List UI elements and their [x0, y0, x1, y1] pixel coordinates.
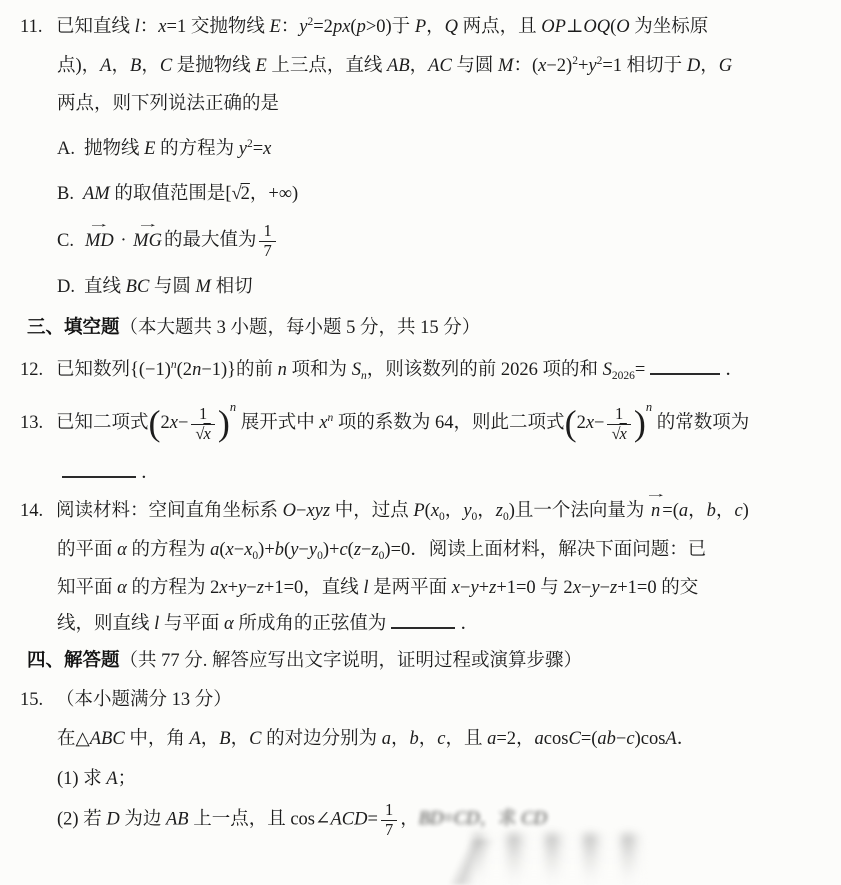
text-run: =: [443, 809, 453, 829]
text-run: 为边: [120, 809, 166, 829]
radicand: x: [203, 424, 210, 443]
text-run: x: [158, 17, 166, 37]
text-run: px: [333, 17, 350, 37]
text-run: ，: [688, 501, 707, 521]
text-run: −: [594, 413, 604, 433]
text-run: ，: [391, 729, 410, 749]
text-run: A: [100, 56, 111, 76]
text-run: 在△: [57, 729, 90, 749]
text-run: x: [319, 413, 327, 433]
fraction: 1√x: [191, 405, 214, 444]
text-run: ，: [231, 729, 250, 749]
text-run: −: [298, 540, 308, 560]
text-run: BD: [419, 809, 444, 829]
text-run: a: [679, 501, 688, 521]
text-run: −: [296, 501, 306, 521]
text-run: y: [588, 56, 596, 76]
text-run: x: [586, 413, 594, 433]
text-run: 的取值范围是[: [110, 184, 232, 204]
text-run: 所成角的正弦值为: [234, 614, 387, 634]
text-run: ：: [281, 17, 300, 37]
text-run: S: [352, 360, 361, 380]
text-run: +1=0，直线: [264, 578, 364, 598]
text-run: ): [743, 501, 749, 521]
text-run: 15.: [20, 687, 56, 714]
text-run: −: [616, 729, 626, 749]
text-run: B: [219, 729, 230, 749]
text-run: +1=0 的交: [617, 578, 698, 598]
text-run: 项的系数为 64，则此二项式: [333, 413, 564, 433]
text-run: ACD: [331, 809, 368, 829]
q11-option-c: C.MD · MG的最大值为17: [0, 222, 841, 261]
text-run: ab: [597, 729, 616, 749]
text-run: Q: [445, 17, 458, 37]
text-run: ，: [141, 56, 160, 76]
fraction-denominator: 7: [259, 241, 275, 261]
text-run: −: [246, 578, 256, 598]
text-run: ，: [700, 56, 719, 76]
text-run: =(: [581, 729, 598, 749]
text-run: 1: [615, 404, 623, 423]
text-run: y: [299, 17, 307, 37]
text-run: 上一点，且 cos∠: [189, 809, 331, 829]
text-run: −: [361, 540, 371, 560]
text-run: z: [496, 501, 503, 521]
text-run: OP: [541, 17, 566, 37]
text-run: ABC: [90, 729, 125, 749]
text-run: c: [626, 729, 634, 749]
text-run: 抛物线: [84, 139, 144, 159]
text-run: 三、填空题: [27, 318, 120, 338]
text-run: 阅读材料：空间直角坐标系: [56, 501, 283, 521]
vector-n: n: [649, 498, 662, 525]
text-run: =: [253, 139, 263, 159]
text-run: x: [219, 578, 227, 598]
text-run: (: [149, 403, 161, 443]
text-run: 知平面: [57, 578, 117, 598]
fraction-numerator: 1: [611, 405, 627, 424]
q15-item1: (1) 求 A；: [0, 766, 841, 793]
text-run: 的常数项为: [652, 413, 749, 433]
text-run: 两点，且: [458, 17, 541, 37]
text-run: A: [189, 729, 200, 749]
text-run: ，: [426, 17, 445, 37]
text-run: ；: [118, 769, 137, 789]
text-run: BC: [126, 277, 150, 297]
q11-line1: 11.已知直线 l：x=1 交抛物线 E：y2=2px(p>0)于 P，Q 两点…: [0, 14, 841, 41]
text-run: 2: [577, 413, 586, 433]
text-run: A.: [57, 136, 75, 163]
fraction: 1√x: [607, 405, 630, 444]
q11-option-b: B.AM 的取值范围是[√2，+∞): [0, 181, 841, 208]
text-run: G: [719, 56, 732, 76]
text-run: 已知数列{(−1): [56, 360, 171, 380]
fraction-numerator: 1: [195, 405, 211, 424]
text-run: ，: [410, 56, 429, 76]
text-run: 1: [385, 800, 393, 819]
text-run: 1: [199, 404, 207, 423]
text-run: a: [535, 729, 544, 749]
text-run: =1 相切于: [602, 56, 686, 76]
fraction-numerator: 1: [381, 801, 397, 820]
q13-line2: ．: [0, 460, 841, 487]
text-run: =(: [662, 501, 679, 521]
text-run: E: [269, 17, 280, 37]
text-run: y: [309, 540, 317, 560]
text-run: b: [275, 540, 284, 560]
text-run: α: [117, 578, 127, 598]
text-run: x: [431, 501, 439, 521]
text-run: （本大题共 3 小题，每小题 5 分，共 15 分）: [120, 318, 481, 338]
text-run: 相切: [211, 277, 253, 297]
text-run: 与圆: [149, 277, 195, 297]
text-run: ．: [141, 463, 160, 483]
text-run: >0)于: [366, 17, 415, 37]
text-run: 的方程为: [155, 139, 238, 159]
text-run: 与圆: [452, 56, 498, 76]
text-run: AM: [83, 184, 110, 204]
text-run: −: [234, 540, 244, 560]
q11-line2: 点)，A，B，C 是抛物线 E 上三点，直线 AB，AC 与圆 M：(x−2)2…: [0, 53, 841, 80]
text-run: −2): [546, 56, 572, 76]
text-run: 是抛物线: [172, 56, 255, 76]
text-run: ·: [116, 231, 131, 251]
text-run: S: [603, 360, 612, 380]
radical-sign: √: [231, 184, 240, 204]
text-run: 四、解答题: [27, 651, 120, 671]
text-run: =: [635, 360, 645, 380]
text-run: a: [210, 540, 219, 560]
text-run: ：: [140, 17, 159, 37]
text-run: O: [283, 501, 296, 521]
square-root: √x: [611, 424, 626, 443]
scan-smudge-artifact: [474, 834, 642, 885]
text-run: 上三点，直线: [267, 56, 387, 76]
text-run: 2: [241, 184, 250, 204]
text-run: ⊥: [566, 17, 583, 37]
text-run: D: [106, 809, 119, 829]
text-run: C: [568, 729, 580, 749]
text-run: 中，过点: [330, 501, 413, 521]
text-run: C.: [57, 228, 74, 255]
text-run: p: [357, 17, 366, 37]
text-run: b: [707, 501, 716, 521]
text-run: D: [687, 56, 700, 76]
text-run: 两点，则下列说法正确的是: [57, 94, 279, 114]
text-run: −1)}的前: [201, 360, 277, 380]
text-run: CD: [521, 809, 547, 829]
vector-MD: MD: [83, 228, 116, 255]
text-run: −: [178, 413, 188, 433]
text-run: c: [339, 540, 347, 560]
fraction: 17: [381, 801, 397, 840]
text-run: CD: [454, 809, 480, 829]
text-run: D.: [57, 274, 75, 301]
text-run: E: [144, 139, 155, 159]
text-run: ，: [445, 501, 464, 521]
text-run: ，: [716, 501, 735, 521]
radicand: x: [620, 424, 627, 443]
text-run: z: [371, 540, 378, 560]
text-run: O: [616, 17, 629, 37]
text-run: )+: [323, 540, 340, 560]
text-run: OQ: [583, 17, 610, 37]
text-run: −: [460, 578, 470, 598]
text-run: 中，角: [125, 729, 190, 749]
text-run: 阅读上面材料，解决下面问题：已: [429, 540, 707, 560]
text-run: 2026: [612, 370, 635, 382]
q11-option-a: A.抛物线 E 的方程为 y2=x: [0, 136, 841, 163]
text-run: x: [203, 424, 210, 443]
text-run: 14.: [20, 498, 56, 525]
text-run: x: [170, 413, 178, 433]
text-run: 的方程为 2: [127, 578, 220, 598]
section-4-heading: 四、解答题（共 77 分. 解答应写出文字说明，证明过程或演算步骤）: [0, 648, 841, 675]
text-run: 的最大值为: [164, 231, 257, 251]
text-run: c: [734, 501, 742, 521]
text-run: cos: [544, 729, 569, 749]
text-run: （本小题满分 13 分）: [56, 690, 232, 710]
text-run: (2: [177, 360, 192, 380]
q13-line1: 13.已知二项式(2x−1√x)n 展开式中 xn 项的系数为 64，则此二项式…: [0, 398, 841, 443]
radical-sign: √: [611, 424, 619, 443]
text-run: AB: [387, 56, 410, 76]
text-run: +: [578, 56, 588, 76]
text-run: +1=0 与 2: [496, 578, 572, 598]
text-run: z: [354, 540, 361, 560]
text-run: ，: [477, 501, 496, 521]
text-run: C: [160, 56, 172, 76]
text-run: 是两平面: [369, 578, 452, 598]
text-run: x: [620, 424, 627, 443]
text-run: ，: [419, 729, 438, 749]
text-run: y: [239, 139, 247, 159]
fraction-numerator: 1: [259, 222, 275, 241]
text-run: 已知二项式: [56, 413, 149, 433]
text-run: AC: [428, 56, 452, 76]
exam-paper-page: 11.已知直线 l：x=1 交抛物线 E：y2=2px(p>0)于 P，Q 两点…: [0, 0, 841, 885]
text-run: 的方程为: [127, 540, 210, 560]
q14-line3: 知平面 α 的方程为 2x+y−z+1=0，直线 l 是两平面 x−y+z+1=…: [0, 575, 841, 602]
text-run: (: [565, 403, 577, 443]
radicand: 2: [241, 184, 250, 204]
text-run: y: [591, 578, 599, 598]
q12-line1: 12.已知数列{(−1)n(2n−1)}的前 n 项和为 Sn，则该数列的前 2…: [0, 357, 841, 385]
text-run: 12.: [20, 357, 56, 384]
text-run: M: [196, 277, 211, 297]
text-run: A: [106, 769, 117, 789]
fraction: 17: [259, 222, 275, 261]
text-run: 的平面: [57, 540, 117, 560]
text-run: =2，: [496, 729, 534, 749]
text-run: 线，则直线: [57, 614, 154, 634]
text-run: B: [130, 56, 141, 76]
text-run: x: [573, 578, 581, 598]
text-run: ．: [460, 614, 479, 634]
text-run: a: [382, 729, 391, 749]
square-root: √2: [231, 184, 249, 204]
text-run: 的对边分别为: [261, 729, 381, 749]
text-run: )cos: [635, 729, 666, 749]
text-run: 2: [161, 413, 170, 433]
text-run: A: [665, 729, 676, 749]
text-run: +: [479, 578, 489, 598]
text-run: 与平面: [159, 614, 224, 634]
scan-wedge-artifact: [430, 840, 505, 885]
q14-line2: 的平面 α 的方程为 a(x−x0)+b(y−y0)+c(z−z0)=0．阅读上…: [0, 537, 841, 565]
text-run: 点)，: [57, 56, 100, 76]
text-run: 13.: [20, 410, 56, 437]
text-run: ，: [400, 809, 419, 829]
text-run: α: [117, 540, 127, 560]
text-run: b: [409, 729, 418, 749]
text-run: ，: [201, 729, 220, 749]
text-run: 项和为: [287, 360, 352, 380]
text-run: ．: [725, 360, 744, 380]
text-run: =2: [313, 17, 333, 37]
text-run: =1 交抛物线: [167, 17, 270, 37]
text-run: y: [470, 578, 478, 598]
text-run: )+: [258, 540, 275, 560]
text-run: z: [257, 578, 264, 598]
text-run: 展开式中: [236, 413, 319, 433]
text-run: （共 77 分. 解答应写出文字说明，证明过程或演算步骤）: [120, 651, 583, 671]
text-run: ): [218, 403, 230, 443]
text-run: +: [228, 578, 238, 598]
square-root: √x: [195, 424, 210, 443]
text-run: x: [452, 578, 460, 598]
text-run: ．: [677, 729, 696, 749]
text-run: ：(: [513, 56, 538, 76]
text-run: B.: [57, 181, 74, 208]
question-list: 11.已知直线 l：x=1 交抛物线 E：y2=2px(p>0)于 P，Q 两点…: [0, 0, 841, 839]
q15-item2: (2) 若 D 为边 AB 上一点，且 cos∠ACD=17，BD=CD，求 C…: [0, 801, 841, 840]
section-3-heading: 三、填空题（本大题共 3 小题，每小题 5 分，共 15 分）: [0, 315, 841, 342]
vector-MG: MG: [131, 228, 164, 255]
q14-line1: 14.阅读材料：空间直角坐标系 O−xyz 中，过点 P(x0，y0，z0)且一…: [0, 498, 841, 526]
text-run: )且一个法向量为: [509, 501, 649, 521]
text-run: 7: [385, 820, 393, 839]
text-run: y: [463, 501, 471, 521]
text-run: a: [487, 729, 496, 749]
q15-line2: 在△ABC 中，角 A，B，C 的对边分别为 a，b，c，且 a=2，acosC…: [0, 726, 841, 753]
text-run: M: [498, 56, 513, 76]
text-run: ，且: [445, 729, 487, 749]
text-run: ，+∞): [250, 184, 298, 204]
answer-blank: [62, 460, 136, 478]
text-run: −: [600, 578, 610, 598]
fraction-denominator: 7: [381, 820, 397, 840]
q15-line1: 15.（本小题满分 13 分）: [0, 687, 841, 714]
text-run: (1) 求: [57, 769, 106, 789]
text-run: n: [278, 360, 287, 380]
text-run: AB: [166, 809, 189, 829]
q14-line4: 线，则直线 l 与平面 α 所成角的正弦值为．: [0, 611, 841, 638]
text-run: (2) 若: [57, 809, 106, 829]
text-run: 11.: [20, 14, 56, 41]
text-run: E: [255, 56, 266, 76]
text-run: −: [581, 578, 591, 598]
answer-blank: [391, 612, 455, 630]
q11-line3: 两点，则下列说法正确的是: [0, 91, 841, 118]
text-run: 直线: [84, 277, 126, 297]
text-run: ，则该数列的前 2026 项的和: [367, 360, 603, 380]
q11-option-d: D.直线 BC 与圆 M 相切: [0, 274, 841, 301]
text-run: ): [634, 403, 646, 443]
text-run: P: [415, 17, 426, 37]
text-run: =: [368, 809, 378, 829]
text-run: n: [192, 360, 201, 380]
text-run: 已知直线: [56, 17, 135, 37]
text-run: x: [226, 540, 234, 560]
text-run: ，求: [480, 809, 522, 829]
text-run: 为坐标原: [630, 17, 709, 37]
text-run: 7: [263, 241, 271, 260]
text-run: xyz: [306, 501, 330, 521]
text-run: x: [263, 139, 271, 159]
text-run: 1: [263, 221, 271, 240]
text-run: P: [413, 501, 424, 521]
answer-blank: [650, 357, 720, 375]
text-run: C: [249, 729, 261, 749]
text-run: )=0．: [384, 540, 428, 560]
text-run: ，: [111, 56, 130, 76]
fraction-denominator: √x: [191, 424, 214, 444]
text-run: α: [224, 614, 234, 634]
fraction-denominator: √x: [607, 424, 630, 444]
